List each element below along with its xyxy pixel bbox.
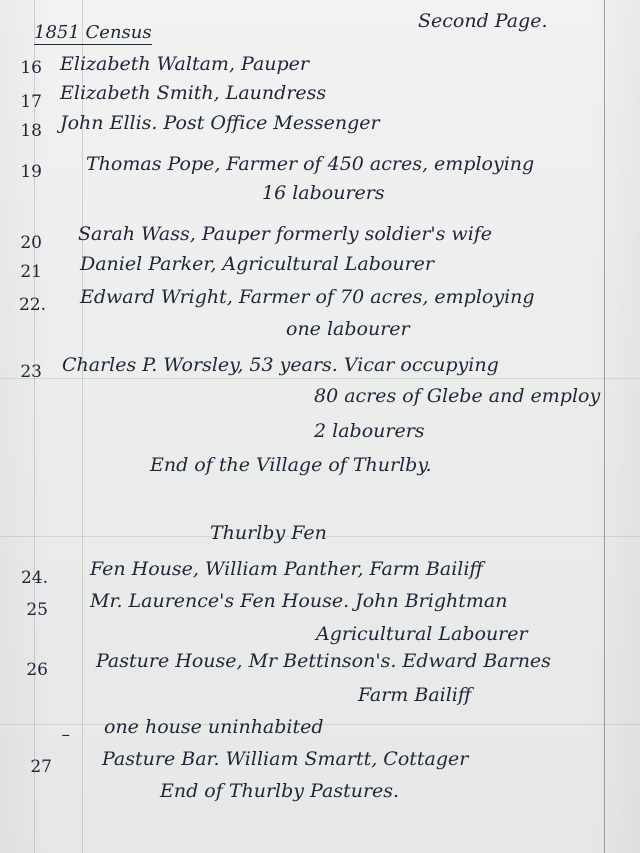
entry-text: Sarah Wass, Pauper formerly soldier's wi… [78, 225, 492, 244]
entry-number: 22. [10, 295, 46, 315]
section-end-village: End of the Village of Thurlby. [150, 456, 432, 475]
entry-number: 25 [12, 600, 48, 620]
section-end-pastures: End of Thurlby Pastures. [160, 782, 399, 801]
entry-text: Thomas Pope, Farmer of 450 acres, employ… [86, 155, 534, 174]
entry-number: – [34, 725, 70, 745]
scan-artifact-line [0, 378, 640, 379]
entry-number: 27 [16, 757, 52, 777]
entry-text: Edward Wright, Farmer of 70 acres, emplo… [80, 288, 535, 307]
margin-rule-right [604, 0, 605, 853]
entry-text: John Ellis. Post Office Messenger [60, 114, 380, 133]
entry-text: Charles P. Worsley, 53 years. Vicar occu… [62, 356, 499, 375]
scanned-document-page: Second Page. 1851 Census 16 Elizabeth Wa… [0, 0, 640, 853]
entry-number: 19 [6, 162, 42, 182]
section-heading-fen: Thurlby Fen [210, 524, 327, 543]
entry-number: 20 [6, 233, 42, 253]
entry-number: 18 [6, 121, 42, 141]
page-label: Second Page. [418, 12, 547, 31]
entry-text: one house uninhabited [104, 718, 324, 737]
entry-continuation: Farm Bailiff [358, 686, 471, 705]
entry-number: 21 [6, 262, 42, 282]
entry-number: 17 [6, 92, 42, 112]
entry-continuation: one labourer [286, 320, 410, 339]
entry-number: 23 [6, 362, 42, 382]
entry-text: Pasture Bar. William Smartt, Cottager [102, 750, 468, 769]
census-heading: 1851 Census [34, 24, 152, 45]
entry-text: Fen House, William Panther, Farm Bailiff [90, 560, 483, 579]
entry-continuation: 16 labourers [262, 184, 385, 203]
entry-number: 26 [12, 660, 48, 680]
entry-text: Pasture House, Mr Bettinson's. Edward Ba… [96, 652, 551, 671]
entry-text: Mr. Laurence's Fen House. John Brightman [90, 592, 507, 611]
entry-text: Elizabeth Waltam, Pauper [60, 55, 309, 74]
entry-continuation: 2 labourers [314, 422, 425, 441]
entry-continuation: 80 acres of Glebe and employ [314, 387, 600, 406]
entry-number: 24. [12, 568, 48, 588]
entry-continuation: Agricultural Labourer [316, 625, 528, 644]
entry-text: Elizabeth Smith, Laundress [60, 84, 326, 103]
entry-text: Daniel Parker, Agricultural Labourer [80, 255, 434, 274]
entry-number: 16 [6, 58, 42, 78]
